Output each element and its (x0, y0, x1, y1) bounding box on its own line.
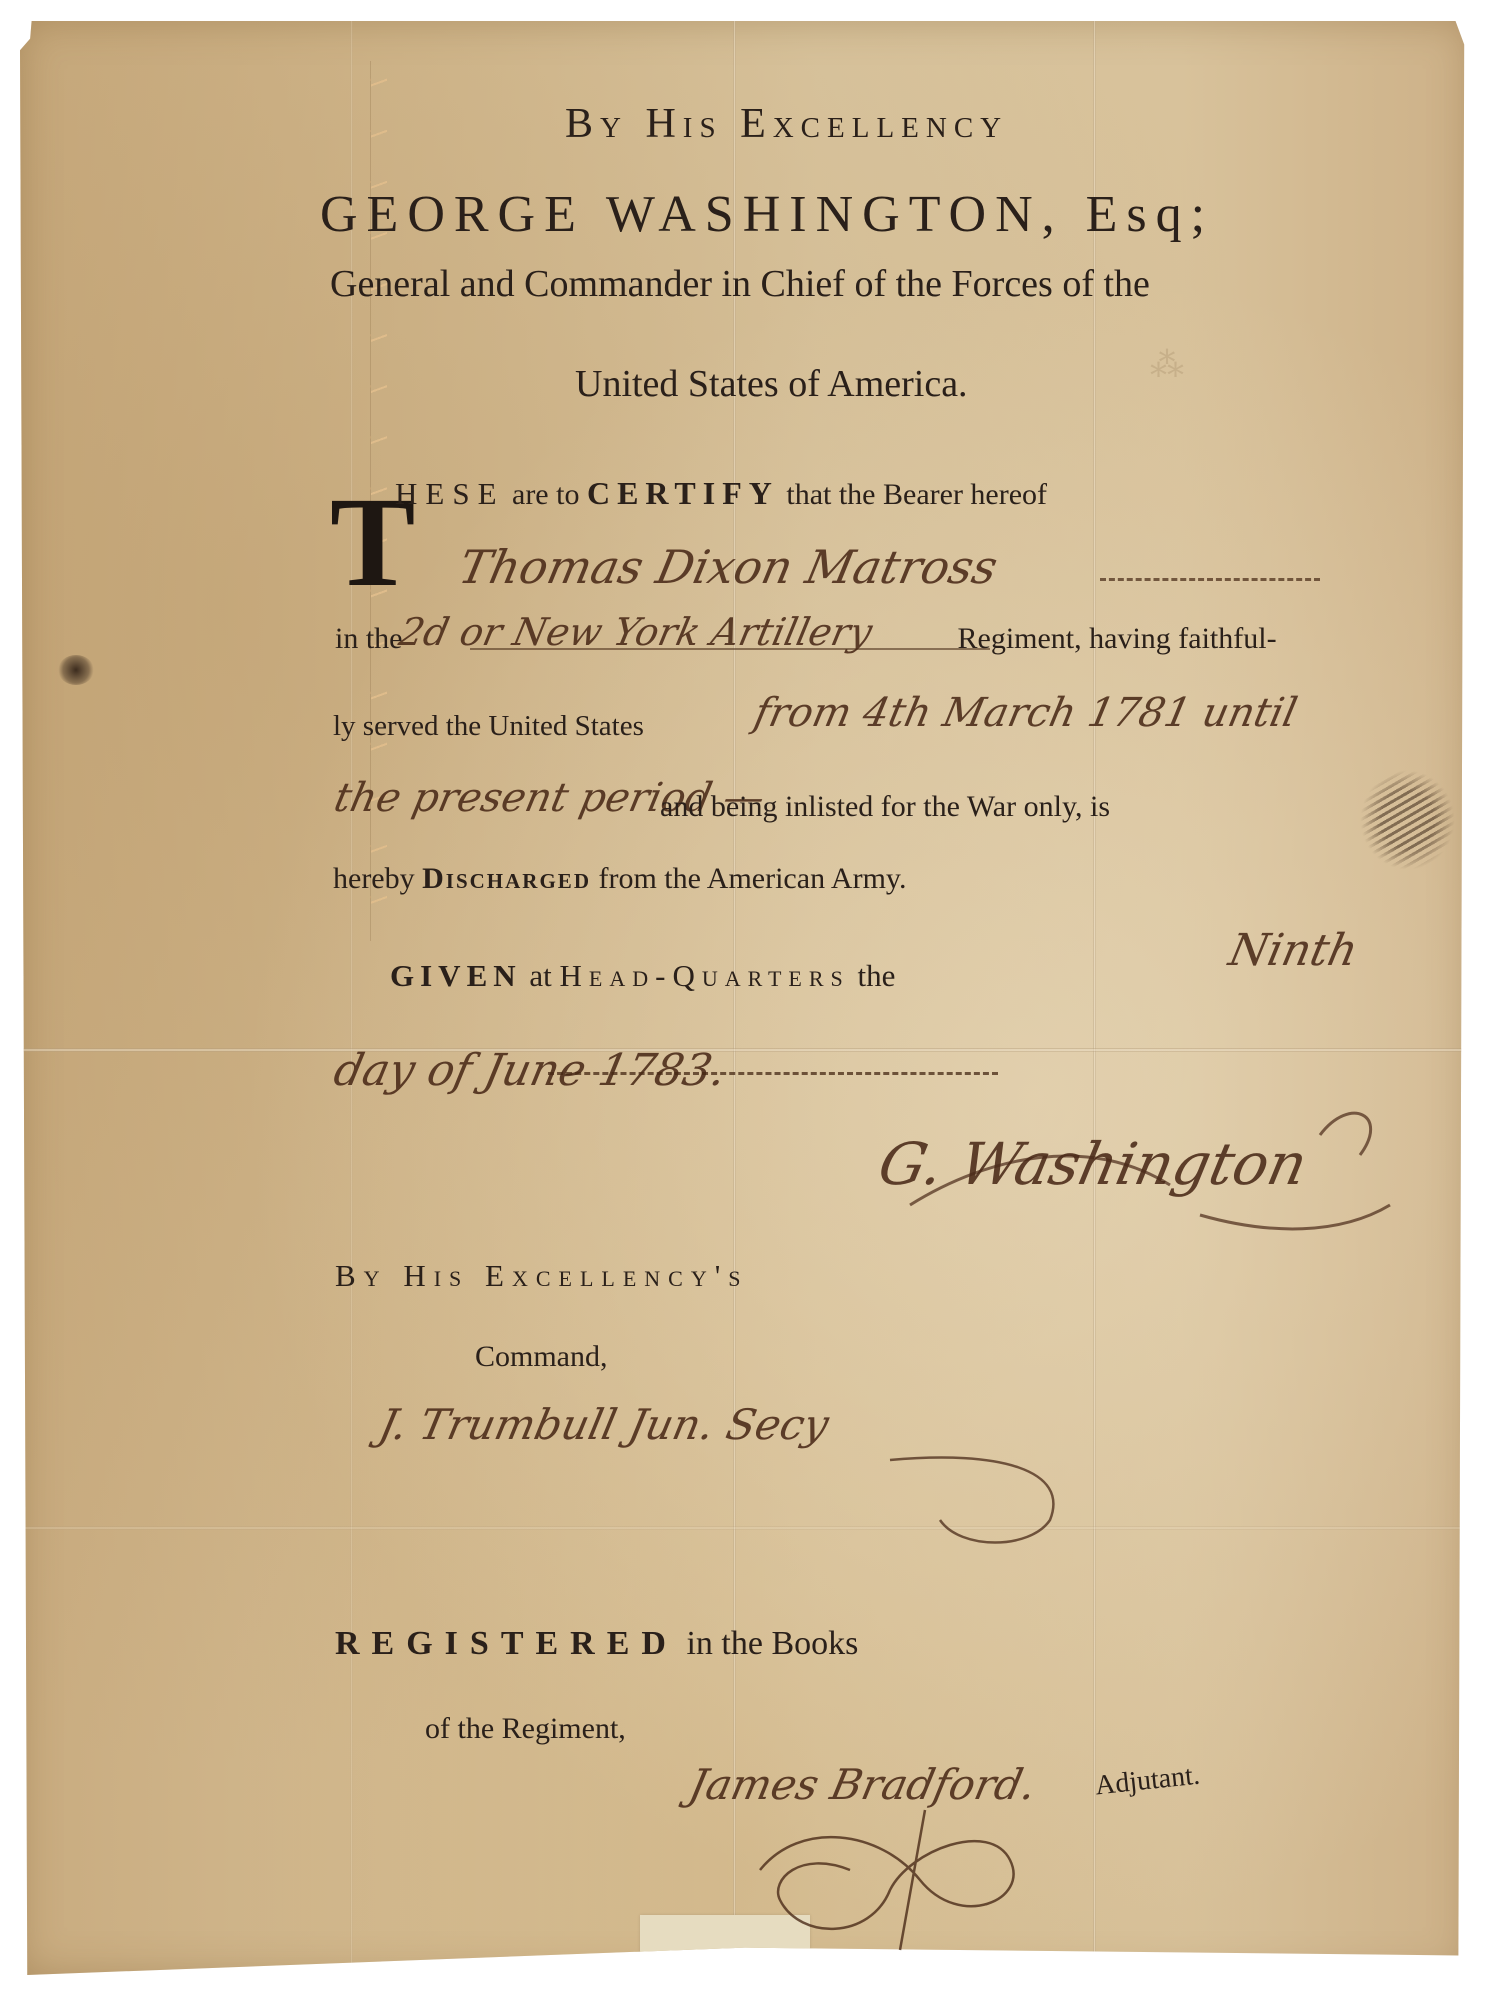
strike-line (470, 648, 990, 650)
given-word: GIVEN (390, 958, 522, 993)
heading-commander-title: General and Commander in Chief of the Fo… (330, 262, 1150, 306)
day-manuscript: Ninth (1225, 925, 1363, 976)
fill-dash (548, 1072, 998, 1075)
heading-by-his-excellency: By His Excellency (565, 100, 1008, 148)
registered-line: REGISTERED in the Books (335, 1625, 858, 1663)
cert-are-to: are to (505, 478, 587, 511)
fingerprint-smudge (1360, 770, 1455, 870)
vertical-fold-line (1093, 21, 1096, 1975)
vertical-fold-line (350, 21, 353, 1975)
of-the-regiment: of the Regiment, (425, 1712, 626, 1746)
certify-line: HESE are to CERTIFY that the Bearer here… (395, 475, 1047, 512)
given-the: the (850, 958, 896, 993)
line6-discharged: Discharged (422, 862, 591, 895)
cert-hese: HESE (395, 476, 505, 511)
line6-prefix: hereby (333, 862, 422, 895)
command-label: Command, (475, 1340, 608, 1374)
horizontal-fold-line (20, 1526, 1470, 1530)
date-manuscript: day of June 1783. (330, 1045, 731, 1096)
fill-dash (1100, 578, 1320, 581)
heading-united-states: United States of America. (575, 362, 968, 406)
bearer-name-manuscript: Thomas Dixon Matross (454, 540, 1002, 594)
given-line: GIVEN at Head-Quarters the (390, 958, 895, 994)
given-at: at (522, 958, 560, 993)
trumbull-flourish (880, 1440, 1080, 1560)
discharged-line: hereby Discharged from the American Army… (333, 862, 906, 896)
registered-word: REGISTERED (335, 1625, 678, 1662)
heading-george-washington: GEORGE WASHINGTON, Esq; (320, 185, 1214, 244)
service-dates-manuscript: from 4th March 1781 until (750, 690, 1301, 736)
bradford-flourish (740, 1790, 1040, 1970)
horizontal-fold-line (20, 1048, 1470, 1052)
line3-prefix: in the (335, 622, 403, 655)
vertical-fold-line (733, 21, 736, 1975)
offset-bleed-text: ⁂ (1150, 345, 1188, 385)
ink-blot (58, 655, 94, 685)
trumbull-signature: J. Trumbull Jun. Secy (375, 1400, 833, 1449)
registered-rest: in the Books (678, 1625, 858, 1662)
line3-suffix: Regiment, having faithful- (958, 622, 1277, 655)
inlisted-line: and being inlisted for the War only, is (660, 790, 1110, 824)
signature-flourish (870, 1095, 1430, 1245)
cert-certify: CERTIFY (587, 475, 779, 511)
line6-suffix: from the American Army. (591, 862, 906, 895)
cert-rest: that the Bearer hereof (779, 478, 1047, 511)
by-his-excellencys: By His Excellency's (335, 1258, 749, 1294)
document-paper (20, 21, 1470, 1975)
given-hq: Head-Quarters (560, 958, 850, 993)
service-line: ly served the United States (333, 710, 644, 743)
